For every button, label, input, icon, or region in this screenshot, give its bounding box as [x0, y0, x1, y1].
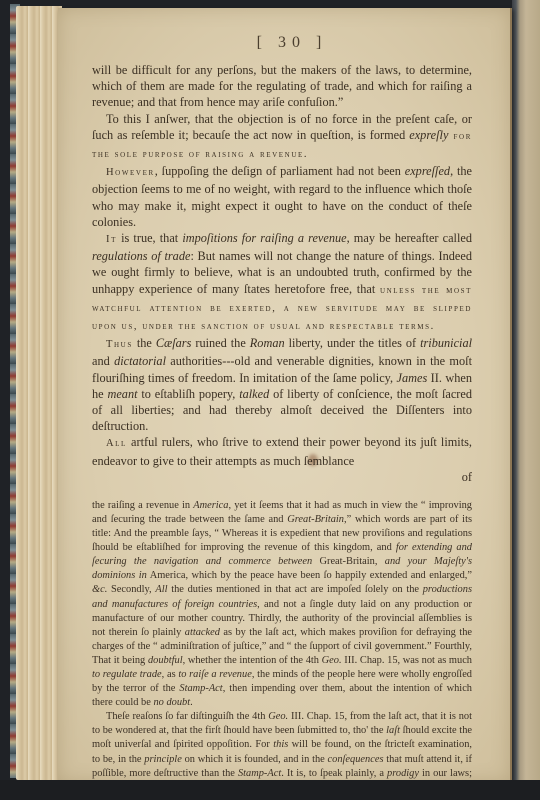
- italic-run: &c.: [92, 584, 107, 595]
- paragraph-1: will be difficult for any perſons, but t…: [92, 62, 472, 111]
- italic-run: Great-Britain: [287, 514, 344, 525]
- italic-run: laſt: [386, 725, 400, 736]
- italic-run: Roman: [250, 336, 285, 350]
- page-stack-fore-edge: [16, 6, 62, 780]
- page-content: [ 30 ] will be difficult for any perſons…: [92, 34, 472, 795]
- italic-run: Stamp-Act: [238, 768, 281, 779]
- paragraph-5: Thus the Cæſars ruined the Roman liberty…: [92, 335, 472, 434]
- italic-run: Stamp-Act: [179, 683, 222, 694]
- italic-run: meant: [107, 387, 137, 401]
- italic-run: no doubt: [153, 697, 190, 708]
- italic-run: talked: [239, 387, 269, 401]
- small-caps-run: All: [106, 438, 127, 449]
- text-run: on which it is founded, and in the: [182, 754, 328, 765]
- facing-page-edge: [512, 0, 540, 800]
- page-number: [ 30 ]: [92, 34, 472, 52]
- italic-run: tribunicial: [420, 336, 472, 350]
- italic-run: impoſitions for raiſing a revenue: [182, 231, 346, 245]
- text-run: , may be hereafter called: [347, 231, 472, 245]
- italic-run: expreſſed: [405, 164, 450, 178]
- text-run: liberty, under the titles of: [285, 336, 420, 350]
- italic-run: Geo.: [322, 655, 342, 666]
- italic-run: All: [155, 584, 167, 595]
- italic-run: to raiſe a revenue: [178, 669, 252, 680]
- italic-run: America: [193, 500, 228, 511]
- catchword: of: [92, 469, 472, 485]
- text-run: Great-Britain,: [312, 556, 385, 567]
- italic-run: this: [273, 739, 288, 750]
- footnote: the raiſing a revenue in America, yet it…: [92, 499, 472, 795]
- text-run: .: [190, 697, 193, 708]
- text-run: , as: [162, 669, 179, 680]
- small-caps-run: It: [106, 234, 117, 245]
- italic-run: regulations of trade: [92, 249, 190, 263]
- text-run: the duties mentioned in that act are imp…: [167, 584, 422, 595]
- text-run: ruined the: [191, 336, 249, 350]
- paragraph-4: It is true, that impoſitions for raiſing…: [92, 230, 472, 335]
- paragraph-2: To this I anſwer, that the objection is …: [92, 111, 472, 164]
- text-run: , whether the intention of the 4th: [183, 655, 322, 666]
- footnote-paragraph-1: the raiſing a revenue in America, yet it…: [92, 499, 472, 710]
- text-run: III. Chap. 15, was not as much: [342, 655, 472, 666]
- text-run: America, which by the peace have been ſo…: [147, 570, 472, 581]
- italic-run: prodigy: [387, 768, 419, 779]
- text-run: and: [92, 354, 114, 368]
- text-run: to eſtabliſh popery,: [138, 387, 240, 401]
- book-scan: [ 30 ] will be difficult for any perſons…: [0, 0, 540, 800]
- italic-run: Cæſars: [156, 336, 192, 350]
- text-run: . It is, to ſpeak plainly, a: [281, 768, 387, 779]
- book-page: [ 30 ] will be difficult for any perſons…: [58, 8, 512, 782]
- italic-run: Geo.: [268, 711, 288, 722]
- italic-run: conſequences: [328, 754, 384, 765]
- small-caps-run: Thus: [106, 339, 133, 350]
- main-text: will be difficult for any perſons, but t…: [92, 62, 472, 485]
- italic-run: principle: [144, 754, 182, 765]
- text-run: the raiſing a revenue in: [92, 500, 193, 511]
- text-run: is true, that: [117, 231, 182, 245]
- scan-background: [0, 780, 540, 800]
- text-run: , ſuppoſing the deſign of parliament had…: [155, 164, 405, 178]
- text-run: Theſe reaſons ſo far diſtinguiſh the 4th: [106, 711, 268, 722]
- small-caps-run: However: [106, 167, 155, 178]
- text-run: Secondly,: [107, 584, 155, 595]
- text-run: the: [133, 336, 156, 350]
- paragraph-6: All artful rulers, who ſtrive to extend …: [92, 434, 472, 468]
- italic-run: attacked: [185, 627, 220, 638]
- italic-run: James: [397, 371, 428, 385]
- italic-run: expreſly: [409, 128, 448, 142]
- italic-run: doubtful: [148, 655, 183, 666]
- italic-run: dictatorial: [114, 354, 166, 368]
- italic-run: to regulate trade: [92, 669, 162, 680]
- paragraph-3: However, ſuppoſing the deſign of parliam…: [92, 163, 472, 230]
- text-run: artful rulers, who ſtrive to extend thei…: [92, 435, 472, 467]
